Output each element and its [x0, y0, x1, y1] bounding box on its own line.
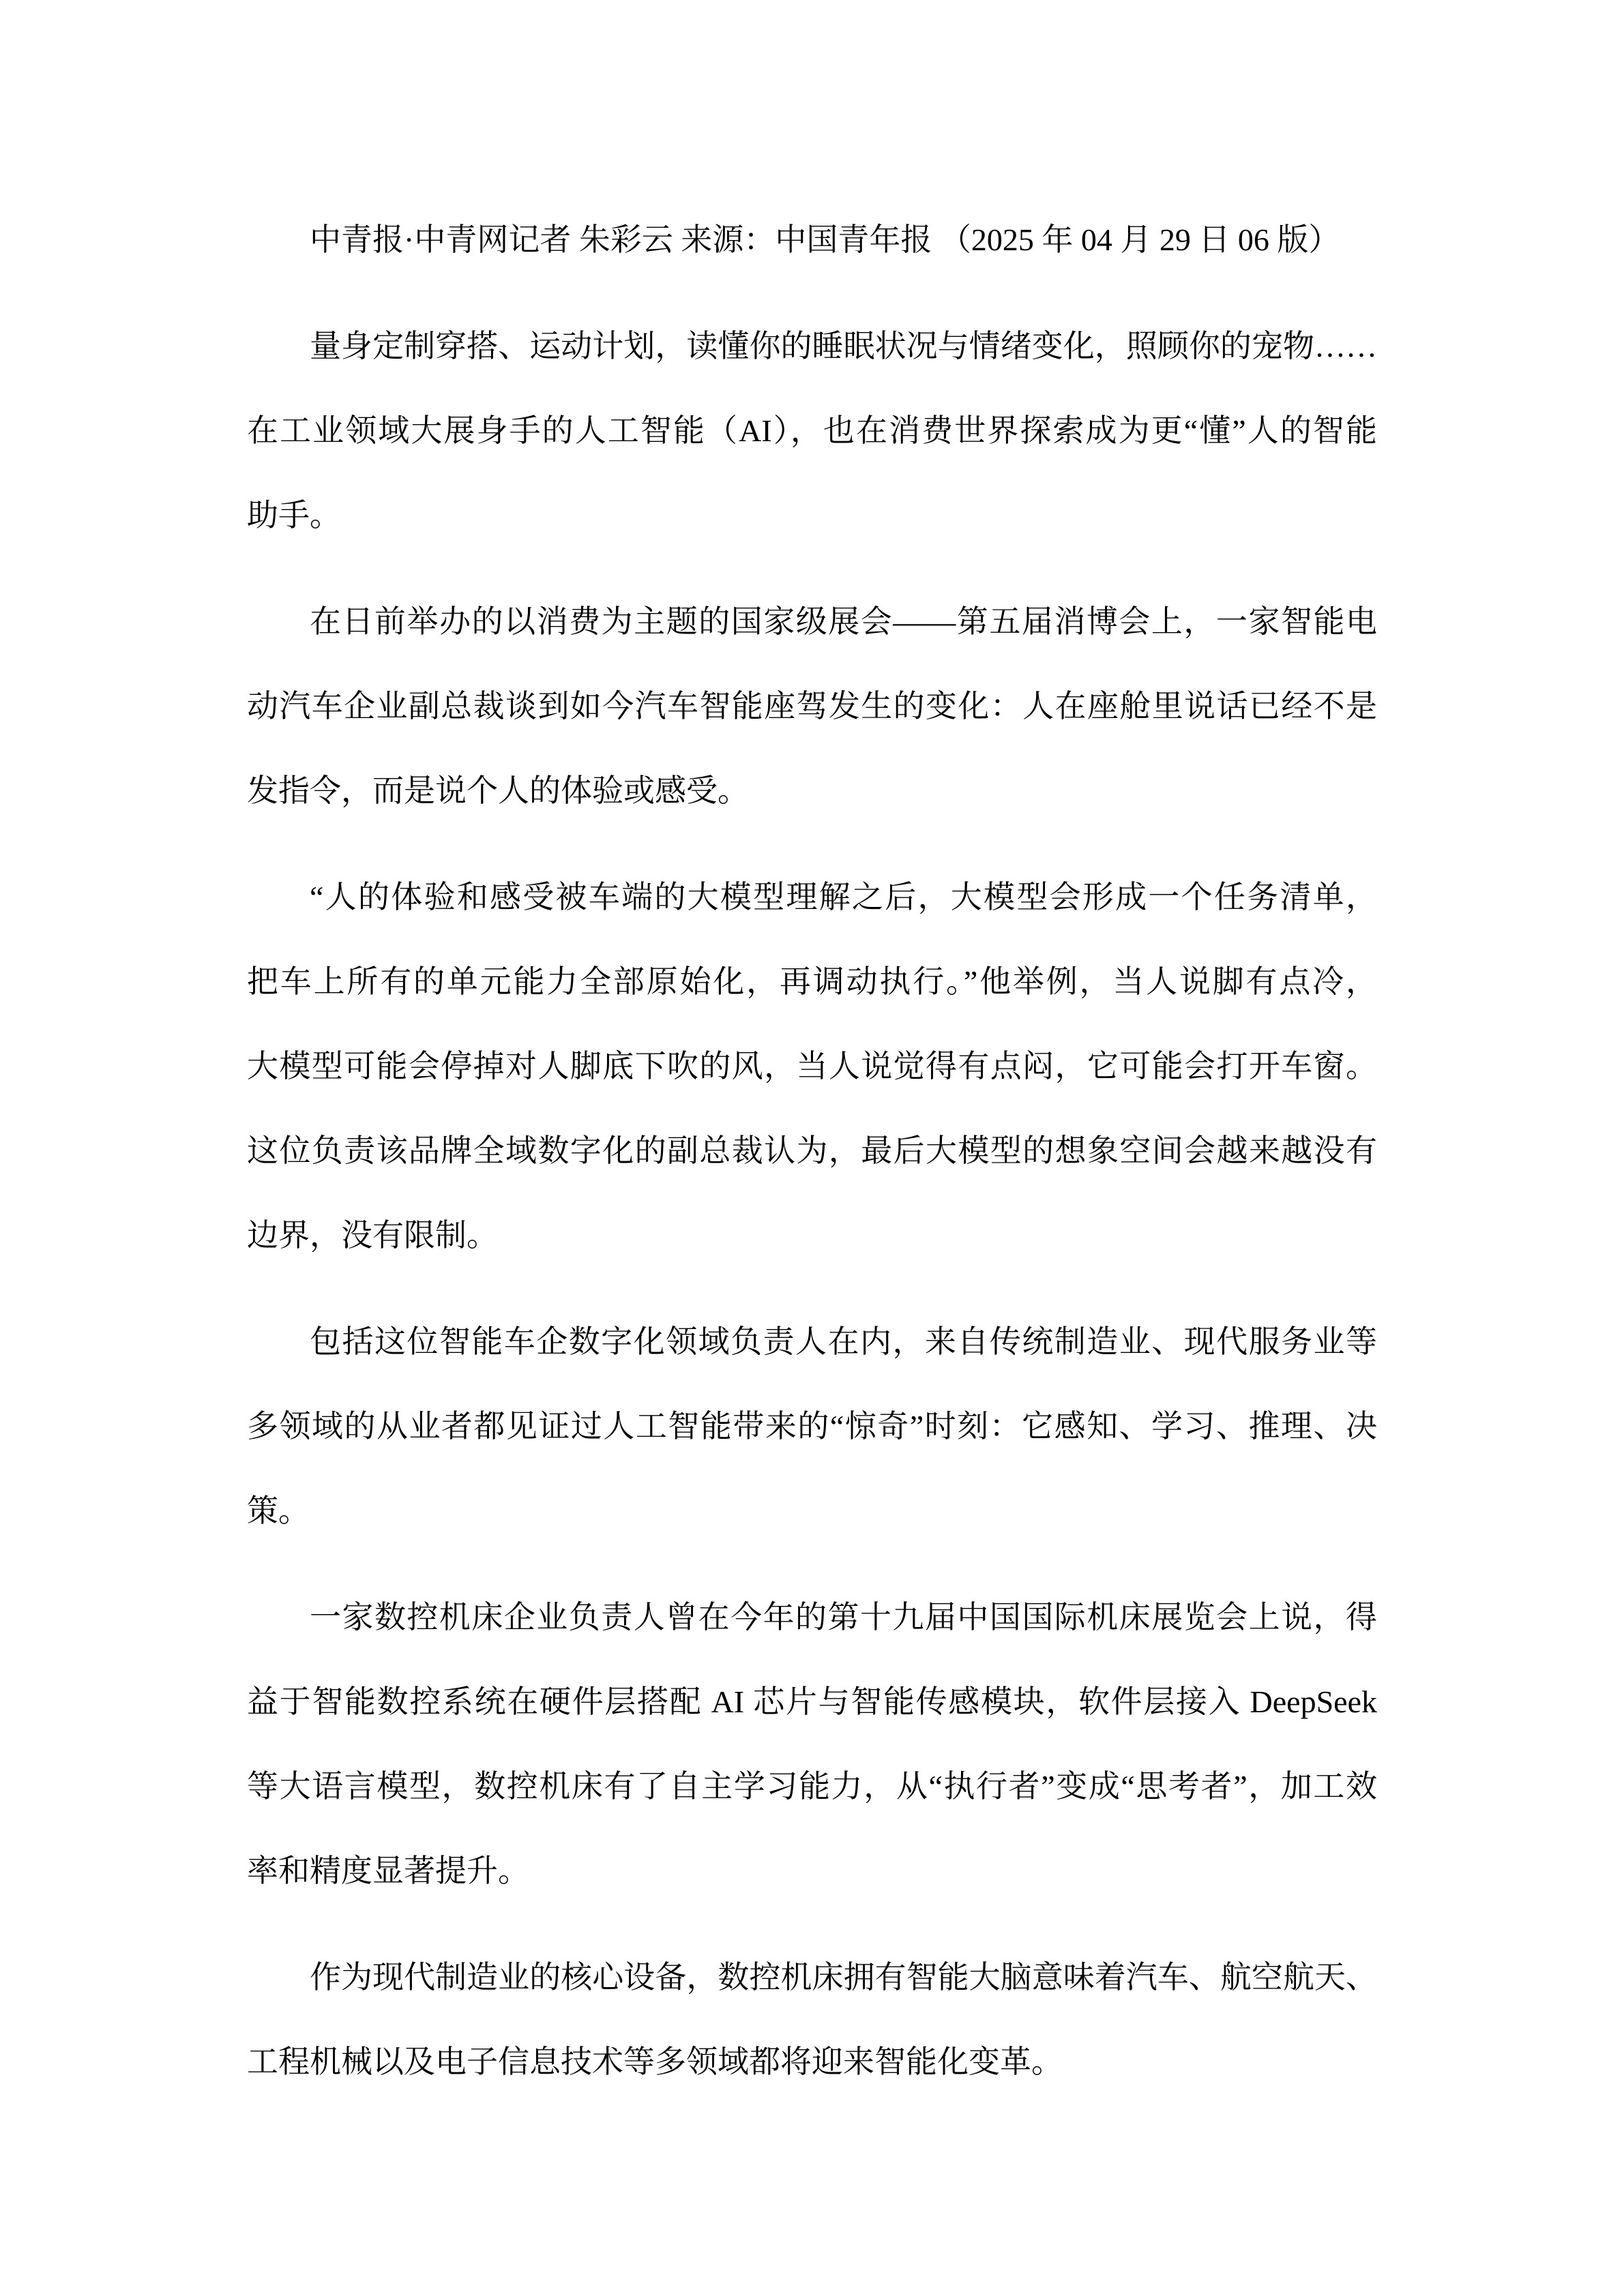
- paragraph: 量身定制穿搭、运动计划，读懂你的睡眠状况与情绪变化，照顾你的宠物……在工业领域大…: [247, 304, 1377, 558]
- text-line: 边界，没有限制。: [247, 1193, 1377, 1278]
- text-line: 一家数控机床企业负责人曾在今年的第十九届中国国际机床展览会上说，得: [247, 1575, 1377, 1660]
- text-line: 动汽车企业副总裁谈到如今汽车智能座驾发生的变化：人在座舱里说话已经不是: [247, 664, 1377, 749]
- document-page: 中青报·中青网记者 朱彩云 来源：中国青年报 （2025 年 04 月 29 日…: [0, 0, 1624, 2296]
- paragraph: 一家数控机床企业负责人曾在今年的第十九届中国国际机床展览会上说，得益于智能数控系…: [247, 1575, 1377, 1913]
- text-line: 率和精度显著提升。: [247, 1829, 1377, 1913]
- text-line: 益于智能数控系统在硬件层搭配 AI 芯片与智能传感模块，软件层接入 DeepSe…: [247, 1660, 1377, 1744]
- text-line: 在工业领域大展身手的人工智能（AI），也在消费世界探索成为更“懂”人的智能: [247, 389, 1377, 473]
- text-line: 助手。: [247, 473, 1377, 558]
- text-line: 在日前举办的以消费为主题的国家级展会——第五届消博会上，一家智能电: [247, 580, 1377, 664]
- text-line: 把车上所有的单元能力全部原始化，再调动执行。”他举例，当人说脚有点冷，: [247, 940, 1377, 1024]
- text-line: 多领域的从业者都见证过人工智能带来的“惊奇”时刻：它感知、学习、推理、决: [247, 1384, 1377, 1469]
- text-line: 中青报·中青网记者 朱彩云 来源：中国青年报 （2025 年 04 月 29 日…: [247, 198, 1377, 282]
- text-line: 包括这位智能车企数字化领域负责人在内，来自传统制造业、现代服务业等: [247, 1300, 1377, 1384]
- article-body: 中青报·中青网记者 朱彩云 来源：中国青年报 （2025 年 04 月 29 日…: [247, 198, 1377, 2104]
- text-line: 作为现代制造业的核心设备，数控机床拥有智能大脑意味着汽车、航空航天、: [247, 1935, 1377, 2020]
- paragraph: “人的体验和感受被车端的大模型理解之后，大模型会形成一个任务清单，把车上所有的单…: [247, 855, 1377, 1278]
- text-line: 大模型可能会停掉对人脚底下吹的风，当人说觉得有点闷，它可能会打开车窗。: [247, 1024, 1377, 1109]
- text-line: 策。: [247, 1469, 1377, 1553]
- text-line: 工程机械以及电子信息技术等多领域都将迎来智能化变革。: [247, 2020, 1377, 2104]
- text-line: “人的体验和感受被车端的大模型理解之后，大模型会形成一个任务清单，: [247, 855, 1377, 940]
- paragraph: 在日前举办的以消费为主题的国家级展会——第五届消博会上，一家智能电动汽车企业副总…: [247, 580, 1377, 833]
- text-line: 这位负责该品牌全域数字化的副总裁认为，最后大模型的想象空间会越来越没有: [247, 1109, 1377, 1193]
- paragraph: 包括这位智能车企数字化领域负责人在内，来自传统制造业、现代服务业等多领域的从业者…: [247, 1300, 1377, 1553]
- text-line: 发指令，而是说个人的体验或感受。: [247, 749, 1377, 833]
- text-line: 量身定制穿搭、运动计划，读懂你的睡眠状况与情绪变化，照顾你的宠物……: [247, 304, 1377, 389]
- text-line: 等大语言模型，数控机床有了自主学习能力，从“执行者”变成“思考者”，加工效: [247, 1744, 1377, 1829]
- paragraph: 作为现代制造业的核心设备，数控机床拥有智能大脑意味着汽车、航空航天、工程机械以及…: [247, 1935, 1377, 2104]
- byline: 中青报·中青网记者 朱彩云 来源：中国青年报 （2025 年 04 月 29 日…: [247, 198, 1377, 282]
